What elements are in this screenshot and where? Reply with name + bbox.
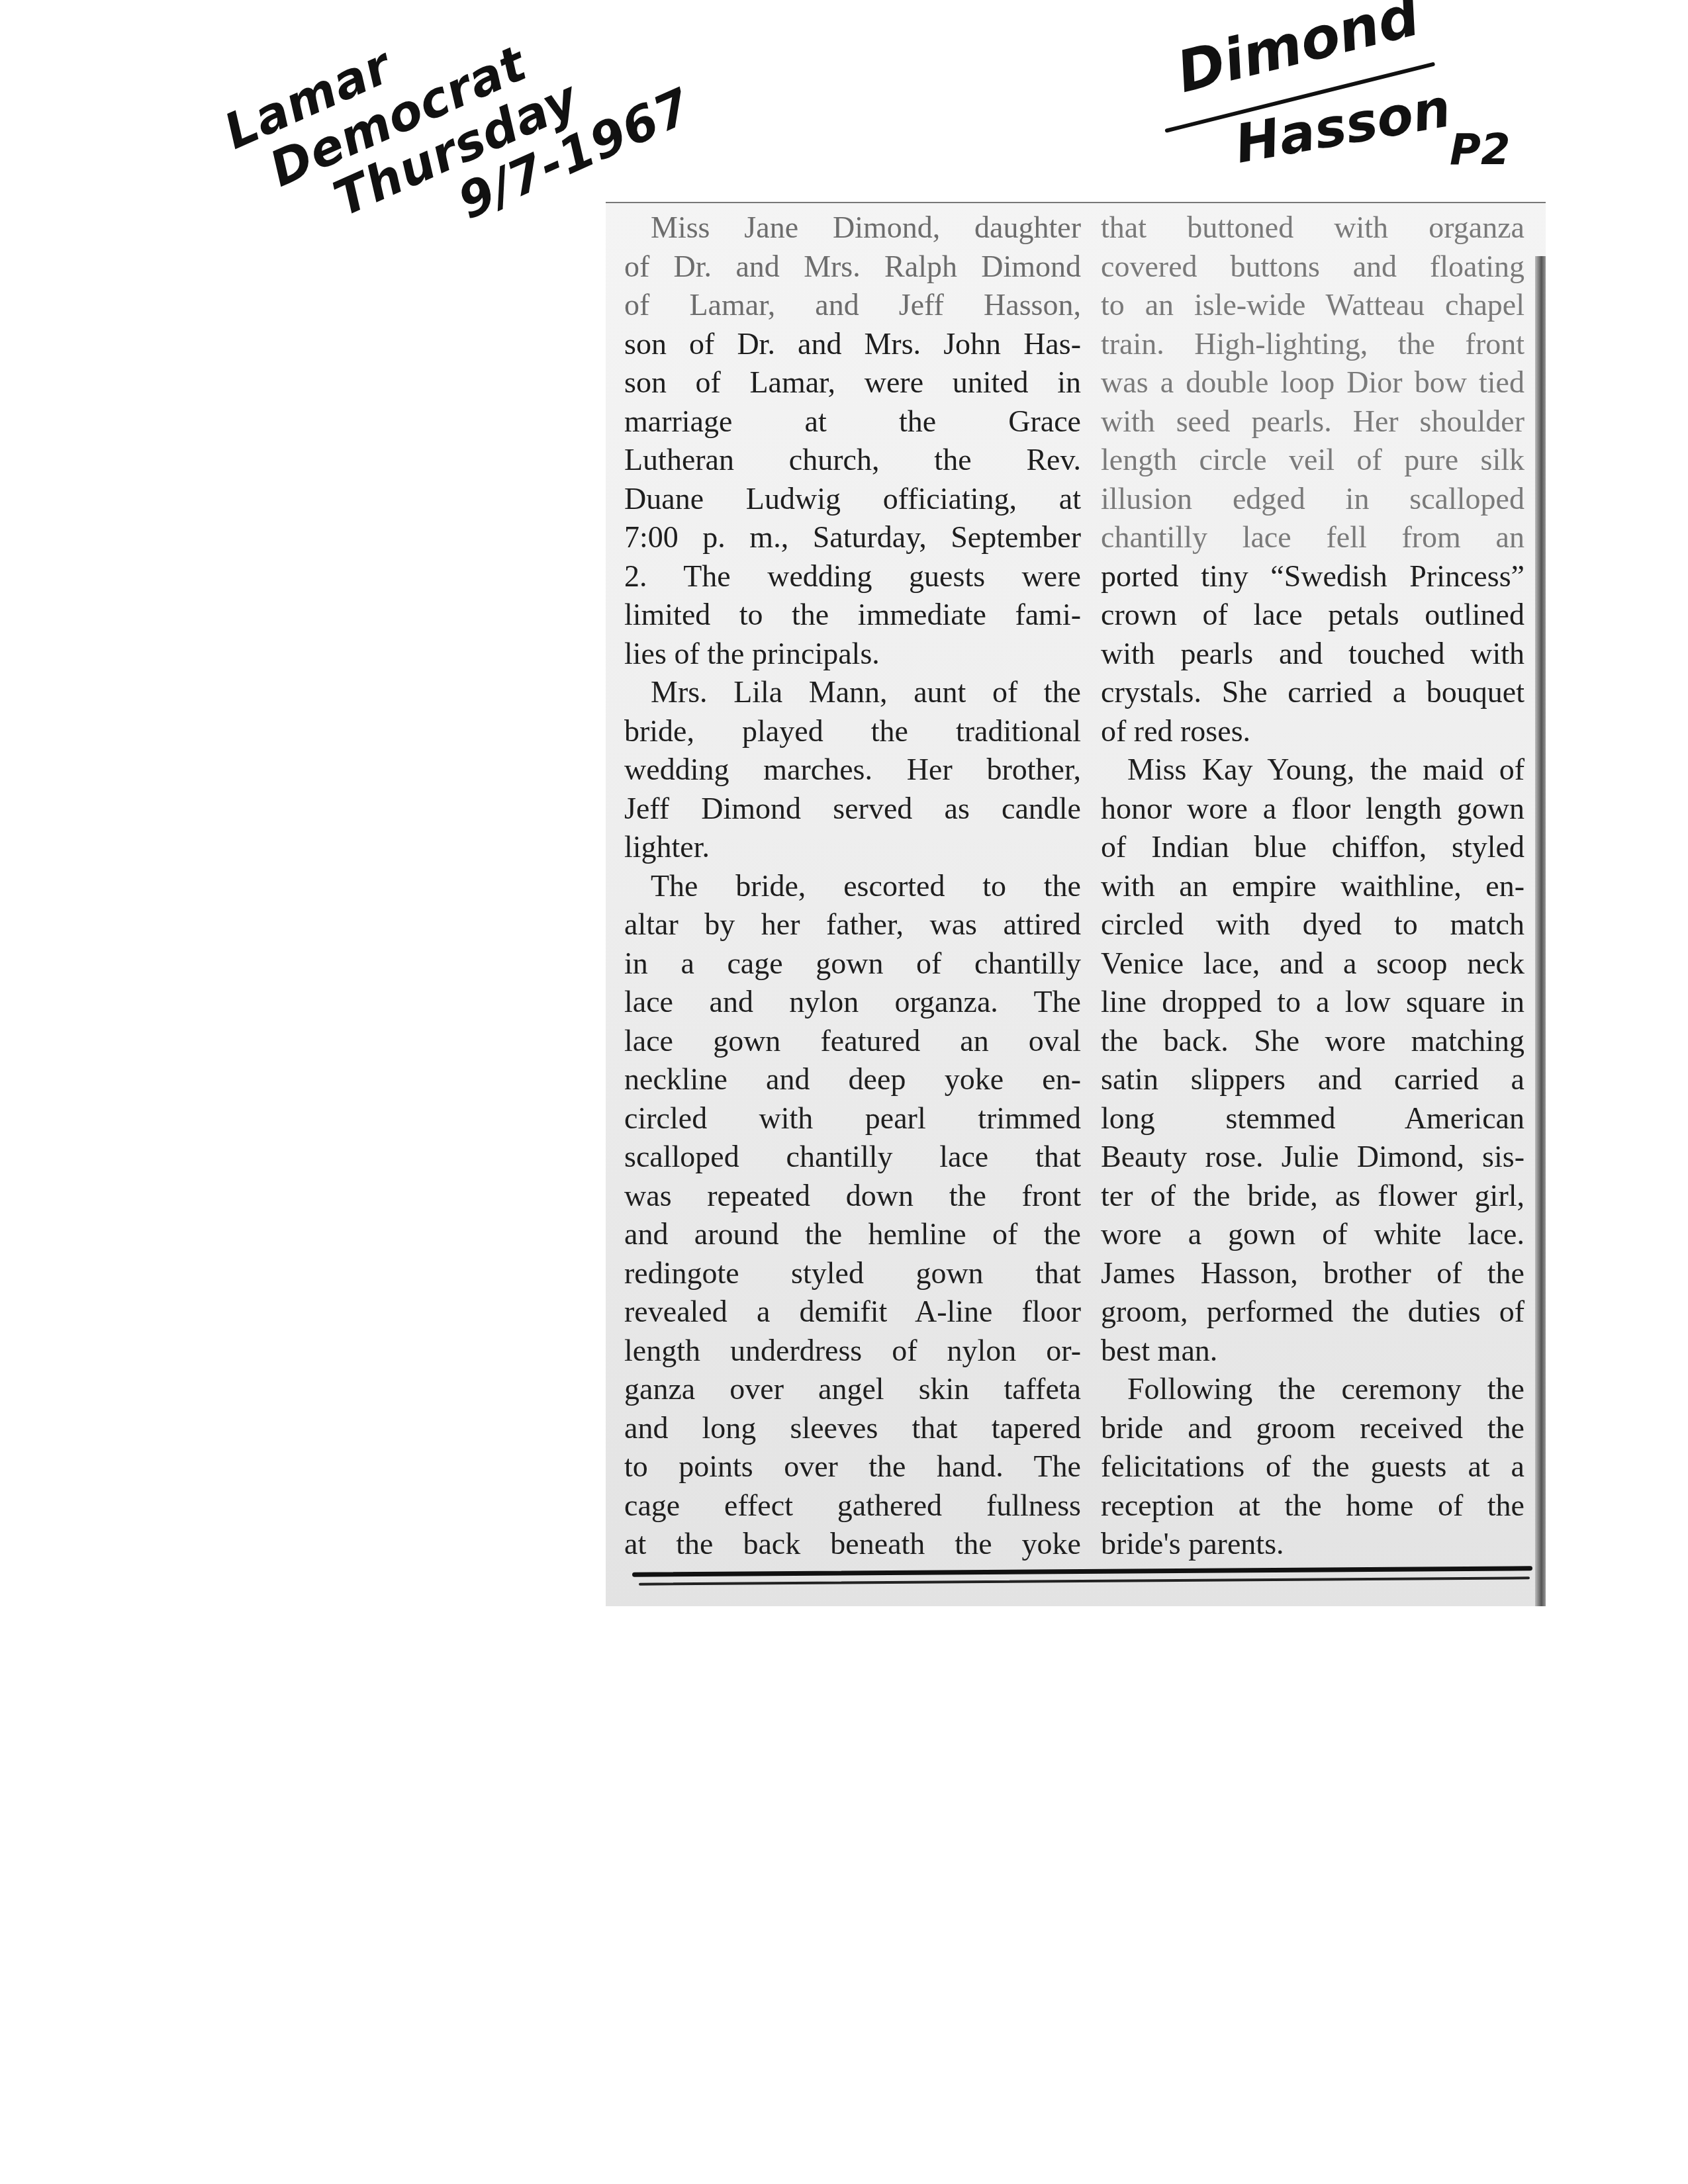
article-line: Beauty rose. Julie Dimond, sis- — [1101, 1138, 1524, 1177]
article-line: bride, played the traditional — [624, 712, 1081, 751]
article-line: Lutheran church, the Rev. — [624, 441, 1081, 480]
article-line: redingote styled gown that — [624, 1254, 1081, 1293]
article-line: lace and nylon organza. The — [624, 983, 1081, 1022]
article-line: bride and groom received the — [1101, 1409, 1524, 1448]
article-line: with an empire waithline, en- — [1101, 867, 1524, 906]
article-right-column: that buttoned with organzacovered button… — [1101, 208, 1524, 1564]
article-line: bride's parents. — [1101, 1525, 1524, 1564]
article-line: Duane Ludwig officiating, at — [624, 480, 1081, 519]
note-page-number: P2 — [1450, 129, 1510, 171]
article-line: revealed a demifit A-line floor — [624, 1293, 1081, 1332]
article-line: scalloped chantilly lace that — [624, 1138, 1081, 1177]
article-line: Following the ceremony the — [1101, 1370, 1524, 1409]
handwritten-title-note: Dimond Hasson P2 — [1145, 13, 1542, 165]
article-line: Venice lace, and a scoop neck — [1101, 944, 1524, 983]
article-line: circled with pearl trimmed — [624, 1099, 1081, 1138]
article-line: and long sleeves that tapered — [624, 1409, 1081, 1448]
article-line: 7:00 p. m., Saturday, September — [624, 518, 1081, 557]
article-line: was a double loop Dior bow tied — [1101, 363, 1524, 402]
note-groom-surname: Hasson — [1231, 81, 1454, 171]
article-line: felicitations of the guests at a — [1101, 1447, 1524, 1486]
article-line: altar by her father, was attired — [624, 905, 1081, 944]
article-line: Mrs. Lila Mann, aunt of the — [624, 673, 1081, 712]
article-line: neckline and deep yoke en- — [624, 1060, 1081, 1099]
article-left-column: Miss Jane Dimond, daughterof Dr. and Mrs… — [624, 208, 1081, 1564]
article-line: of Lamar, and Jeff Hasson, — [624, 286, 1081, 325]
article-line: covered buttons and floating — [1101, 248, 1524, 287]
article-line: circled with dyed to match — [1101, 905, 1524, 944]
article-line: that buttoned with organza — [1101, 208, 1524, 248]
article-line: reception at the home of the — [1101, 1486, 1524, 1525]
article-line: lighter. — [624, 828, 1081, 867]
article-line: train. High-lighting, the front — [1101, 325, 1524, 364]
article-line: to points over the hand. The — [624, 1447, 1081, 1486]
article-line: cage effect gathered fullness — [624, 1486, 1081, 1525]
article-line: crystals. She carried a bouquet — [1101, 673, 1524, 712]
article-line: at the back beneath the yoke — [624, 1525, 1081, 1564]
article-line: crown of lace petals outlined — [1101, 596, 1524, 635]
article-line: with seed pearls. Her shoulder — [1101, 402, 1524, 441]
article-line: length circle veil of pure silk — [1101, 441, 1524, 480]
article-line: son of Dr. and Mrs. John Has- — [624, 325, 1081, 364]
article-line: wedding marches. Her brother, — [624, 751, 1081, 790]
article-line: length underdress of nylon or- — [624, 1332, 1081, 1371]
article-line: marriage at the Grace — [624, 402, 1081, 441]
article-line: lies of the principals. — [624, 635, 1081, 674]
rule-thin — [639, 1576, 1530, 1585]
article-line: of red roses. — [1101, 712, 1524, 751]
article-line: to an isle-wide Watteau chapel — [1101, 286, 1524, 325]
article-line: groom, performed the duties of — [1101, 1293, 1524, 1332]
article-line: son of Lamar, were united in — [624, 363, 1081, 402]
article-line: honor wore a floor length gown — [1101, 790, 1524, 829]
article-line: limited to the immediate fami- — [624, 596, 1081, 635]
article-line: illusion edged in scalloped — [1101, 480, 1524, 519]
article-line: ganza over angel skin taffeta — [624, 1370, 1081, 1409]
clipping-bottom-rule — [632, 1569, 1532, 1586]
article-line: Miss Kay Young, the maid of — [1101, 751, 1524, 790]
article-line: satin slippers and carried a — [1101, 1060, 1524, 1099]
article-line: 2. The wedding guests were — [624, 557, 1081, 596]
article-line: ported tiny “Swedish Princess” — [1101, 557, 1524, 596]
newspaper-clipping: Miss Jane Dimond, daughterof Dr. and Mrs… — [606, 202, 1546, 1606]
rule-thick — [632, 1566, 1532, 1576]
article-line: lace gown featured an oval — [624, 1022, 1081, 1061]
article-line: best man. — [1101, 1332, 1524, 1371]
article-line: of Indian blue chiffon, styled — [1101, 828, 1524, 867]
article-line: was repeated down the front — [624, 1177, 1081, 1216]
article-line: chantilly lace fell from an — [1101, 518, 1524, 557]
article-line: of Dr. and Mrs. Ralph Dimond — [624, 248, 1081, 287]
article-line: long stemmed American — [1101, 1099, 1524, 1138]
article-line: wore a gown of white lace. — [1101, 1215, 1524, 1254]
article-line: in a cage gown of chantilly — [624, 944, 1081, 983]
article-line: Jeff Dimond served as candle — [624, 790, 1081, 829]
article-line: The bride, escorted to the — [624, 867, 1081, 906]
article-line: and around the hemline of the — [624, 1215, 1081, 1254]
article-line: line dropped to a low square in — [1101, 983, 1524, 1022]
article-line: the back. She wore matching — [1101, 1022, 1524, 1061]
article-line: ter of the bride, as flower girl, — [1101, 1177, 1524, 1216]
article-line: with pearls and touched with — [1101, 635, 1524, 674]
article-line: Miss Jane Dimond, daughter — [624, 208, 1081, 248]
article-line: James Hasson, brother of the — [1101, 1254, 1524, 1293]
